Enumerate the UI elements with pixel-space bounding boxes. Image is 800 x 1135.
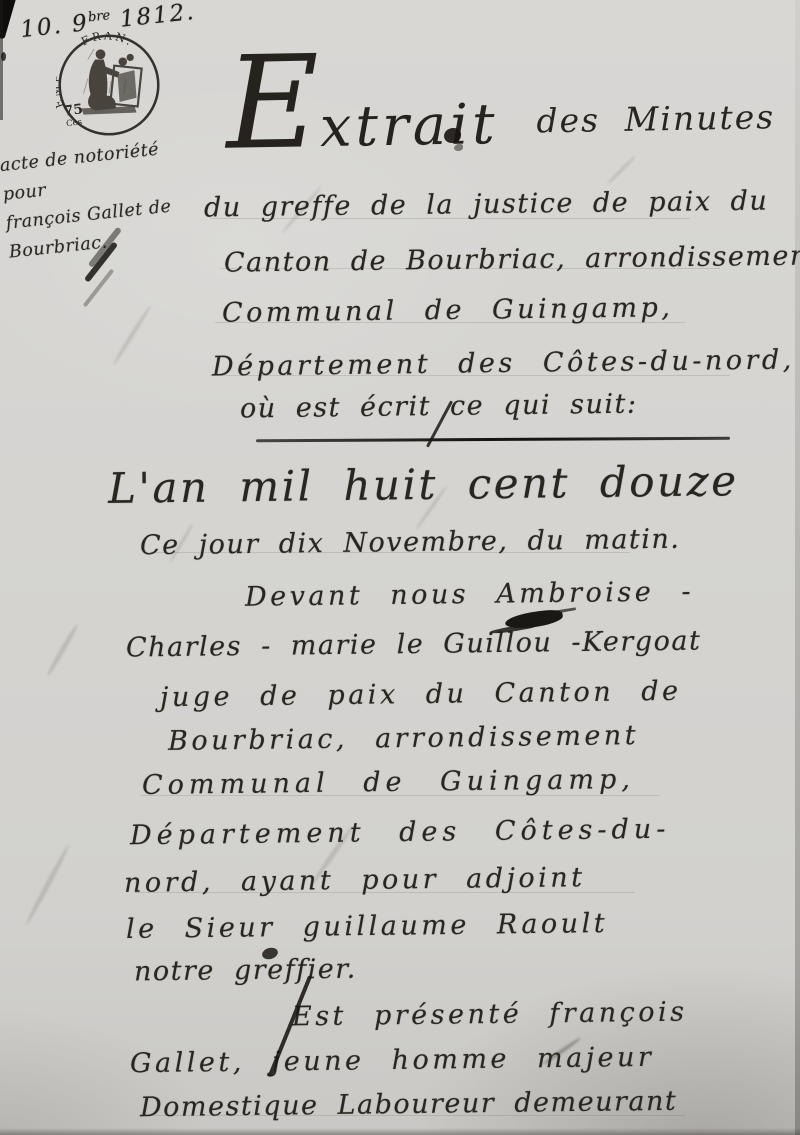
manuscript-line: Devant nous Ambroise -	[245, 577, 694, 612]
date-year: 1812.	[109, 0, 196, 34]
manuscript-line: nord, ayant pour adjoint	[124, 863, 586, 898]
scan-edge-dot	[1, 52, 6, 61]
smudge	[45, 623, 79, 677]
manuscript-line-large: L'an mil huit cent douze	[108, 458, 739, 512]
scan-corner-mark	[0, 0, 17, 39]
manuscript-line: Communal de Guingamp,	[142, 765, 635, 801]
document-title: Extraitdes Minutes	[225, 31, 776, 169]
smudge	[24, 844, 71, 926]
stamp-value-unit: Ces	[65, 116, 82, 128]
manuscript-line: Ce jour dix Novembre, du matin.	[140, 525, 681, 561]
title-initial: E	[225, 28, 321, 179]
manuscript-line: juge de paix du Canton de	[160, 677, 682, 713]
date-superscript: bre	[87, 8, 111, 25]
scan-edge-shadow	[795, 0, 800, 1135]
manuscript-line: Gallet, jeune homme majeur	[130, 1043, 655, 1079]
title-word-rest: xtrait	[319, 92, 499, 160]
scan-edge-shadow	[0, 1128, 800, 1135]
manuscript-line: Charles - marie le Guillou -Kergoat	[126, 626, 702, 663]
manuscript-line: le Sieur guillaume Raoult	[126, 909, 608, 945]
scan-edge-shadow	[0, 0, 3, 120]
manuscript-line: Communal de Guingamp,	[222, 293, 674, 328]
smudge	[112, 304, 152, 365]
manuscript-line: Domestique Laboureur demeurant	[140, 1087, 678, 1123]
manuscript-line: notre greffier.	[134, 955, 357, 987]
section-divider	[256, 437, 730, 442]
manuscript-line: Bourbriac, arrondissement	[168, 721, 639, 756]
manuscript-line: Est présenté françois	[292, 998, 688, 1033]
margin-note: acte de notoriété pour françois Gallet d…	[0, 132, 200, 267]
manuscript-line: où est écrit ce qui suit:	[240, 390, 638, 425]
manuscript-line: Département des Côtes-du-	[130, 815, 671, 851]
title-rest: des Minutes	[536, 97, 775, 140]
manuscript-line: Canton de Bourbriac, arrondissement	[224, 241, 800, 278]
revenue-stamp-icon: FRAN. EMP. 75 Ces	[56, 32, 162, 138]
manuscript-line: Département des Côtes-du-nord,	[212, 345, 795, 382]
scanned-document-page: 10. 9bre 1812. FRAN. EMP. 75 Ces	[0, 0, 800, 1135]
stamp-figure-art	[81, 49, 141, 114]
stamp-country-text: FRAN.	[79, 32, 136, 49]
